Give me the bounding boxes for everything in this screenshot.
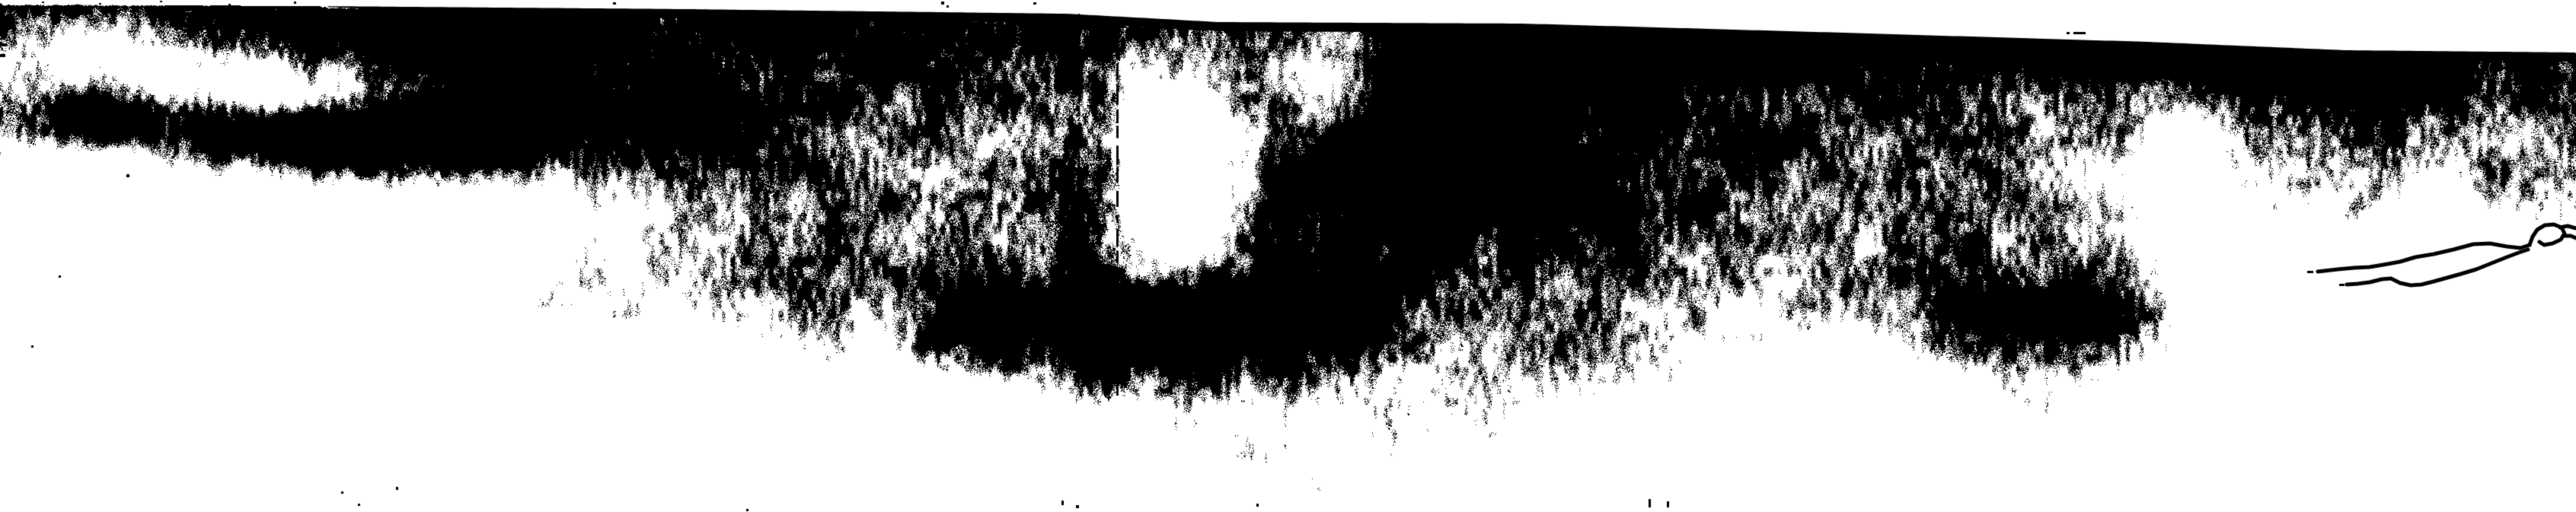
- scanned-halftone-plate: [0, 0, 2576, 512]
- cloudscape-panorama-canvas: [0, 0, 2576, 512]
